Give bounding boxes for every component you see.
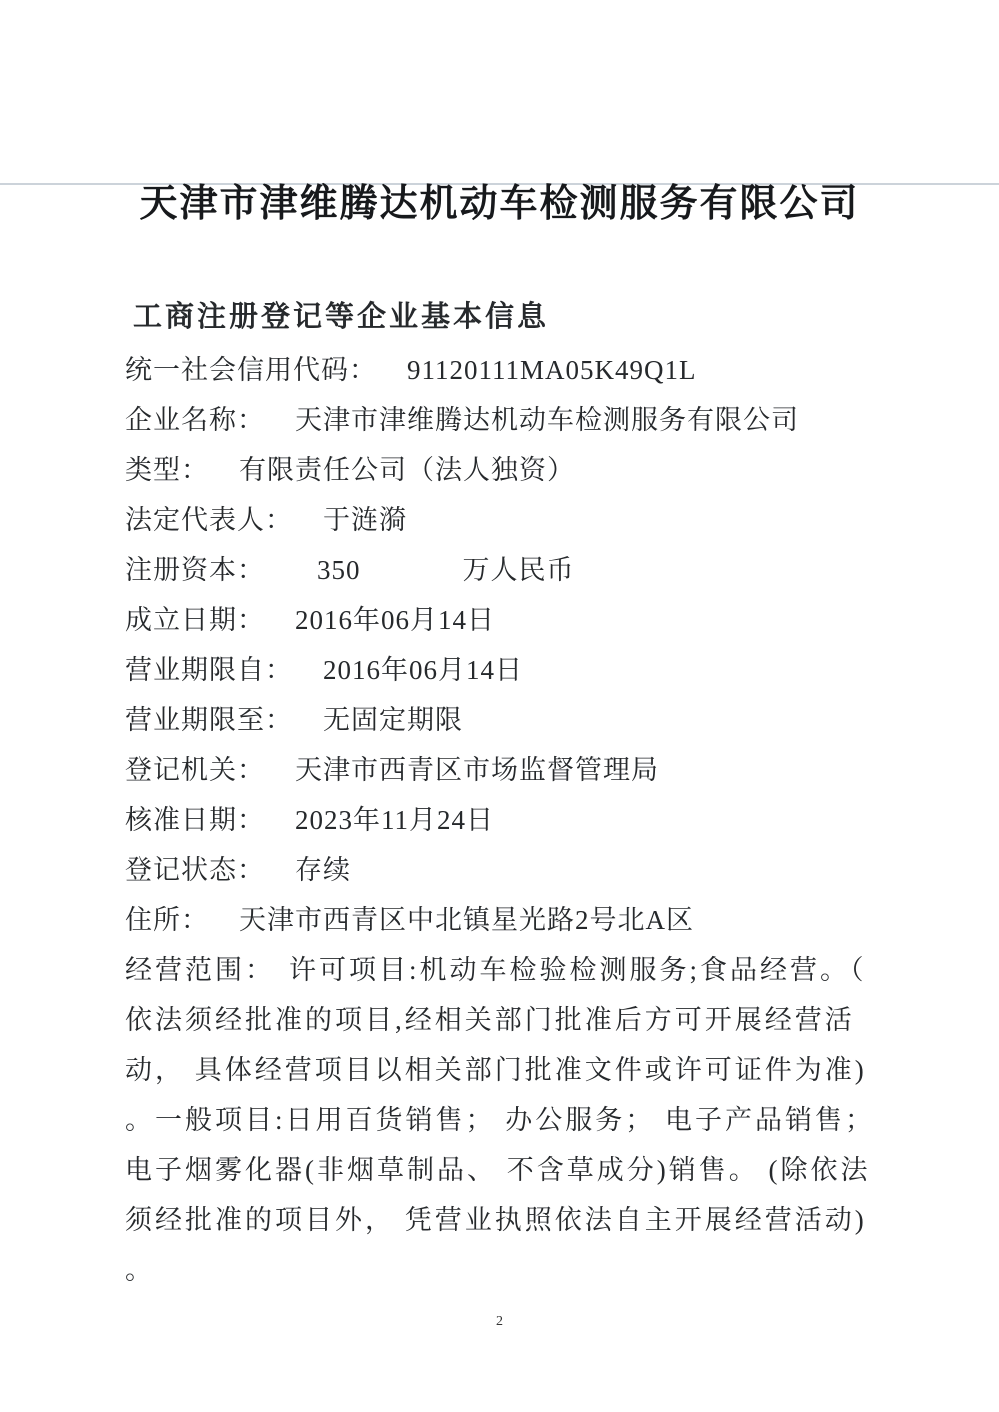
field-value: 天津市津维腾达机动车检测服务有限公司 [295, 405, 799, 435]
field-row-registration-status: 登记状态：存续 [125, 845, 925, 895]
field-label: 登记机关： [125, 755, 265, 785]
field-label: 经营范围： [125, 955, 275, 985]
page-number: 2 [0, 1312, 999, 1332]
field-label: 类型： [125, 455, 209, 485]
field-label: 法定代表人： [125, 505, 293, 535]
field-row-company-type: 类型：有限责任公司（法人独资） [125, 445, 925, 495]
field-label: 统一社会信用代码： [125, 355, 377, 385]
field-row-address: 住所：天津市西青区中北镇星光路2号北A区 [125, 895, 925, 945]
field-label: 营业期限至： [125, 705, 293, 735]
field-label: 成立日期： [125, 605, 265, 635]
business-scope-line: 须经批准的项目外， 凭营业执照依法自主开展经营活动) [125, 1195, 925, 1245]
field-value: 91120111MA05K49Q1L [407, 355, 697, 385]
field-row-term-from: 营业期限自：2016年06月14日 [125, 645, 925, 695]
field-value: 于涟漪 [323, 505, 407, 535]
field-row-approval-date: 核准日期：2023年11月24日 [125, 795, 925, 845]
field-row-establish-date: 成立日期：2016年06月14日 [125, 595, 925, 645]
field-value: 天津市西青区市场监督管理局 [295, 755, 659, 785]
section-heading: 工商注册登记等企业基本信息 [133, 293, 549, 341]
field-row-company-name: 企业名称：天津市津维腾达机动车检测服务有限公司 [125, 395, 925, 445]
field-row-business-scope: 经营范围：许可项目:机动车检验检测服务;食品经营。（ [125, 945, 925, 995]
field-label: 营业期限自： [125, 655, 293, 685]
field-value: 天津市西青区中北镇星光路2号北A区 [239, 905, 694, 935]
business-scope-line: 动， 具体经营项目以相关部门批准文件或许可证件为准) [125, 1045, 925, 1095]
field-label: 登记状态： [125, 855, 265, 885]
business-scope-line: 。一般项目:日用百货销售； 办公服务； 电子产品销售； [125, 1095, 925, 1145]
registration-info: 统一社会信用代码：91120111MA05K49Q1L 企业名称：天津市津维腾达… [125, 345, 925, 1295]
company-title: 天津市津维腾达机动车检测服务有限公司 [0, 178, 999, 230]
field-row-registered-capital: 注册资本：350万人民币 [125, 545, 925, 595]
business-scope-line: 依法须经批准的项目,经相关部门批准后方可开展经营活 [125, 995, 925, 1045]
field-label: 核准日期： [125, 805, 265, 835]
field-value: 350 [317, 555, 361, 585]
business-scope-line: 。 [125, 1245, 925, 1295]
field-label: 注册资本： [125, 555, 265, 585]
document-page: 天津市津维腾达机动车检测服务有限公司 工商注册登记等企业基本信息 统一社会信用代… [0, 0, 999, 1412]
field-value: 存续 [295, 855, 351, 885]
field-value: 2023年11月24日 [295, 805, 494, 835]
field-row-term-to: 营业期限至：无固定期限 [125, 695, 925, 745]
field-unit: 万人民币 [463, 555, 575, 585]
field-value: 许可项目:机动车检验检测服务;食品经营。（ [289, 955, 867, 985]
field-value: 2016年06月14日 [323, 655, 523, 685]
field-row-credit-code: 统一社会信用代码：91120111MA05K49Q1L [125, 345, 925, 395]
field-value: 无固定期限 [323, 705, 463, 735]
field-value: 2016年06月14日 [295, 605, 495, 635]
field-label: 企业名称： [125, 405, 265, 435]
field-row-registry-authority: 登记机关：天津市西青区市场监督管理局 [125, 745, 925, 795]
field-value: 有限责任公司（法人独资） [239, 455, 575, 485]
field-label: 住所： [125, 905, 209, 935]
business-scope-line: 电子烟雾化器(非烟草制品、 不含草成分)销售。 (除依法 [125, 1145, 925, 1195]
field-row-legal-representative: 法定代表人：于涟漪 [125, 495, 925, 545]
